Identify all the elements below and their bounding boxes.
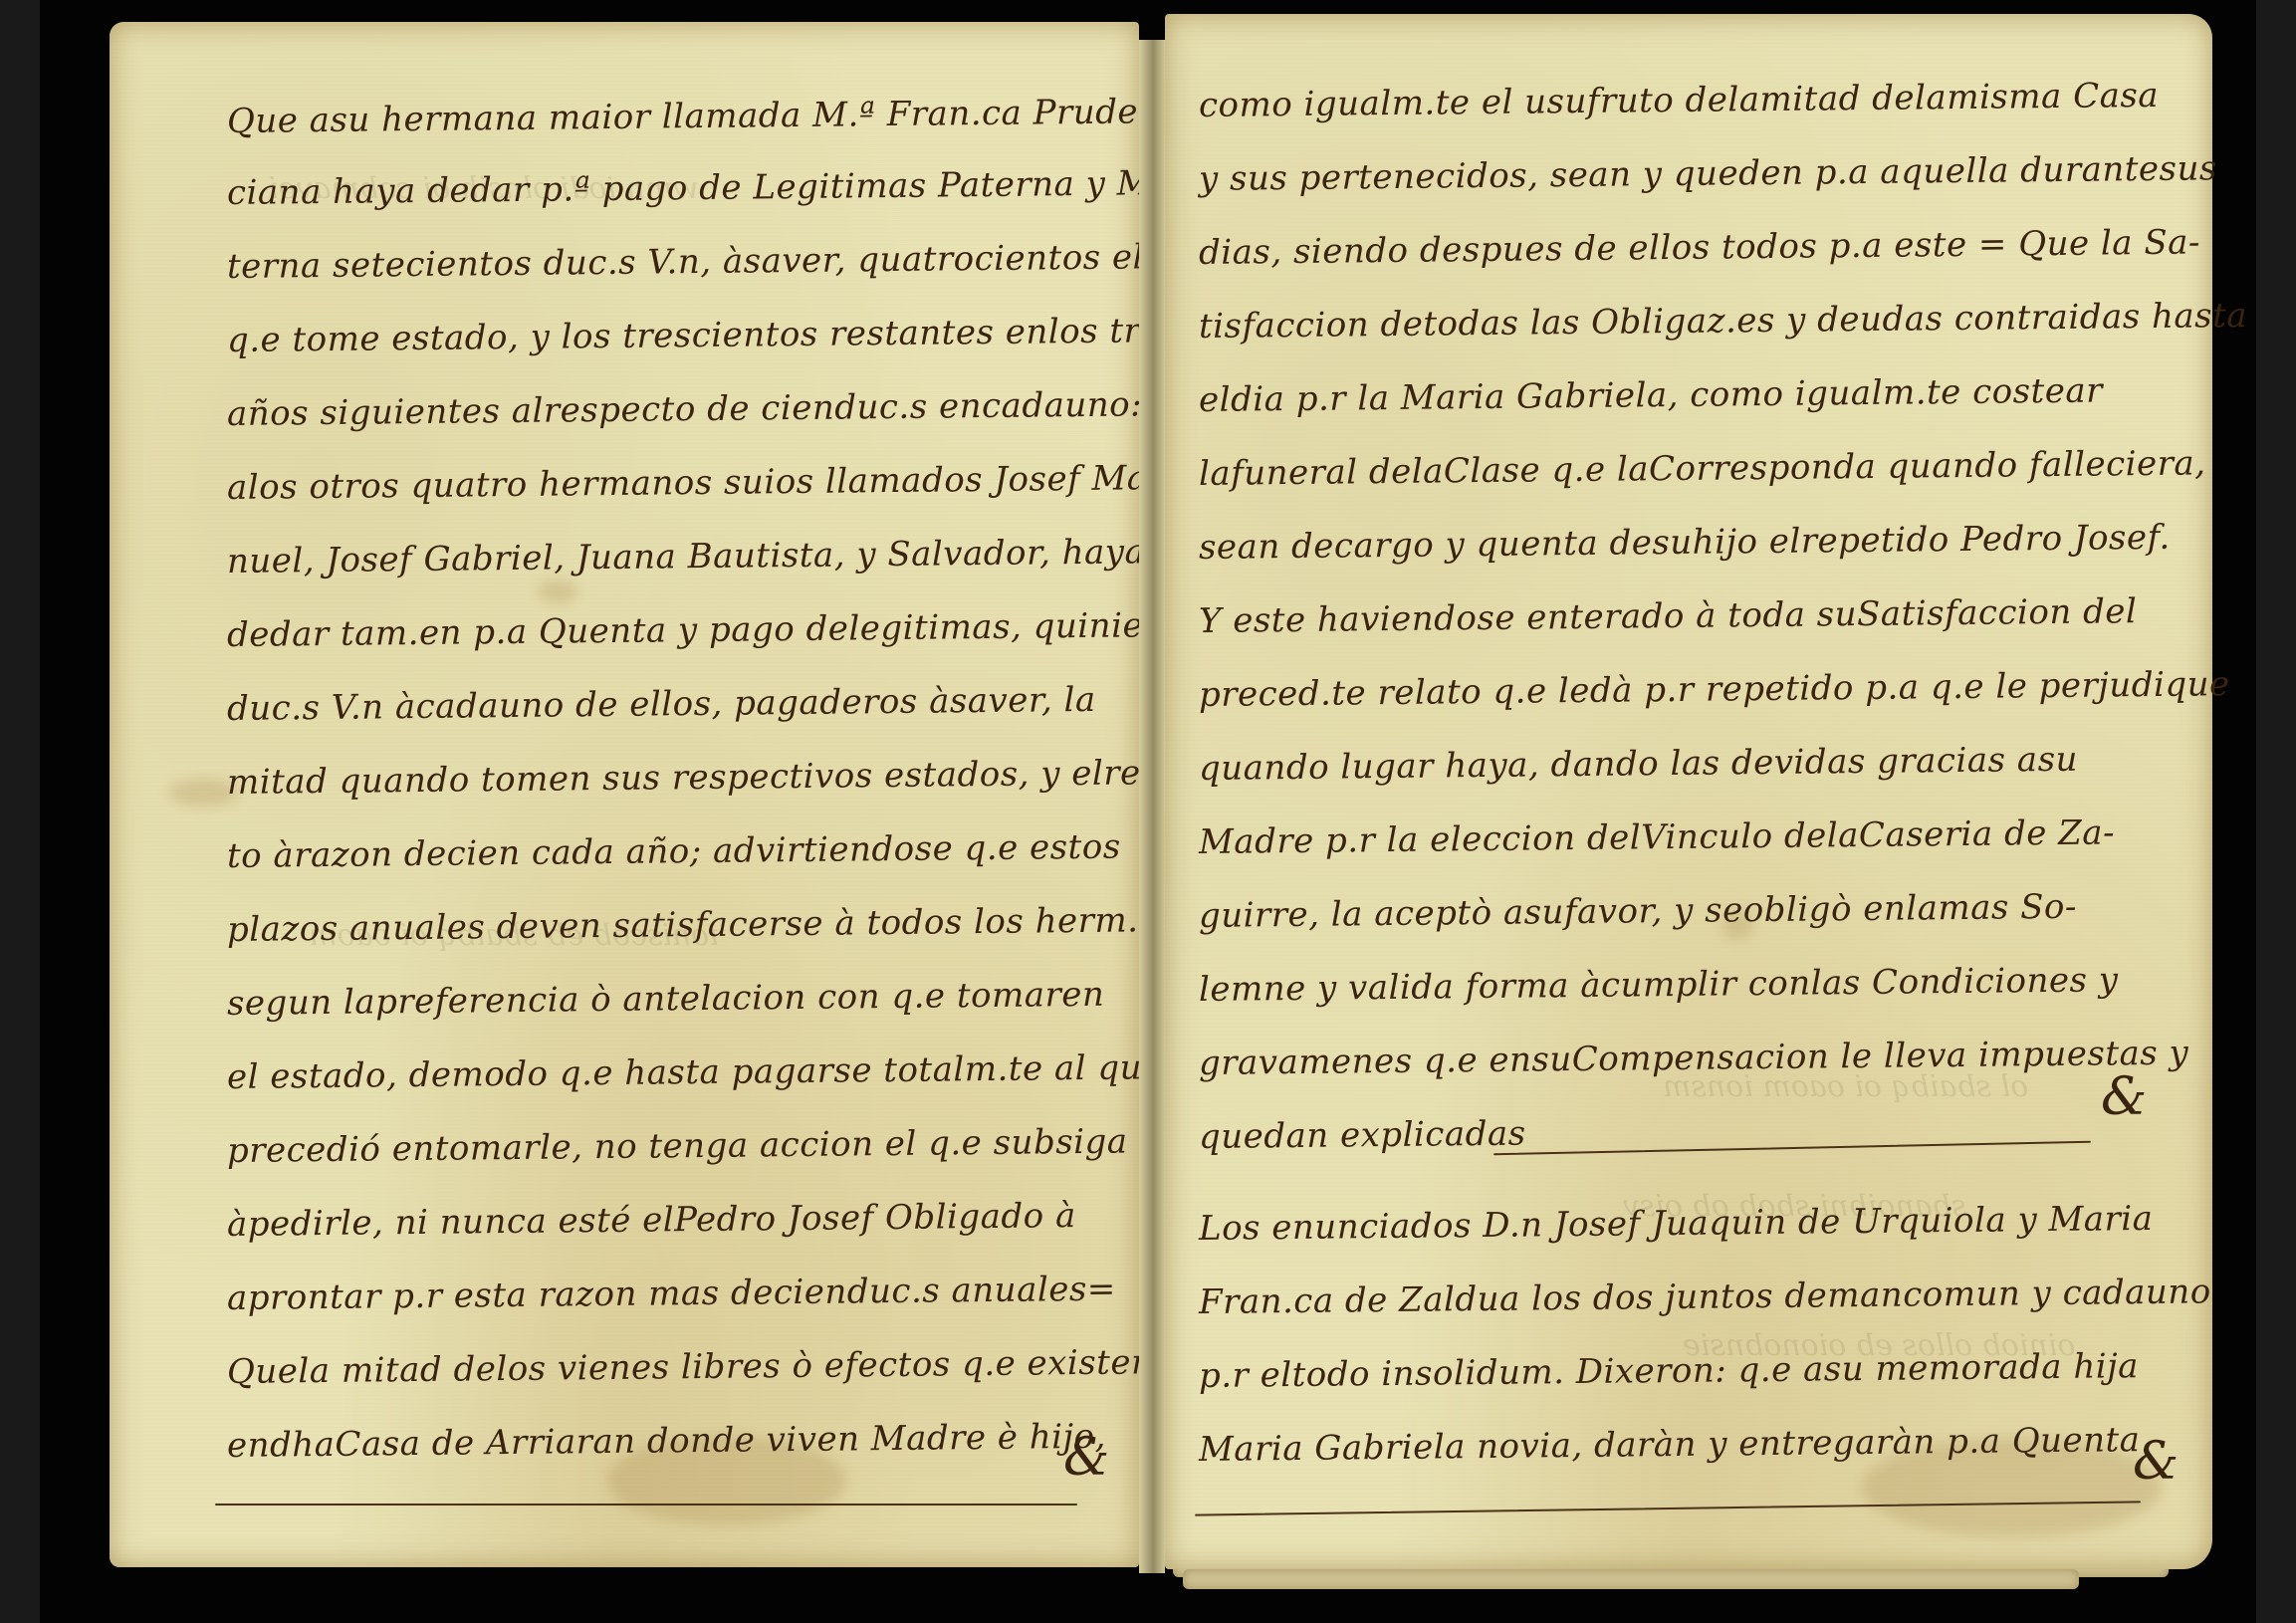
- sheet-edge: [1183, 1569, 2079, 1589]
- manuscript-line: aprontar p.r esta razon mas decienduc.s …: [227, 1270, 1116, 1318]
- manuscript-line: dedar tam.en p.a Quenta y pago delegitim…: [227, 605, 1219, 655]
- manuscript-line: terna setecientos duc.s V.n, àsaver, qua…: [227, 237, 1199, 287]
- manuscript-line: precedió entomarle, no tenga accion el q…: [227, 1122, 1128, 1171]
- manuscript-line: Madre p.r la eleccion delVinculo delaCas…: [1199, 812, 2115, 862]
- manuscript-spread: wmn iodi olnsih oi cobmavoi ioniscob eb …: [108, 10, 2214, 1603]
- book-gutter: [1139, 40, 1165, 1573]
- manuscript-line: Quela mitad delos vienes libres ò efecto…: [227, 1342, 1154, 1392]
- document-viewer: wmn iodi olnsih oi cobmavoi ioniscob eb …: [0, 0, 2296, 1623]
- manuscript-line: mitad quando tomen sus respectivos estad…: [227, 753, 1171, 803]
- manuscript-line: endhaCasa de Arriaran donde viven Madre …: [227, 1417, 1106, 1466]
- manuscript-line: el estado, demodo q.e hasta pagarse tota…: [227, 1047, 1163, 1097]
- manuscript-line: to àrazon decien cada año; advirtiendose…: [227, 827, 1121, 876]
- manuscript-line: quando lugar haya, dando las devidas gra…: [1199, 740, 2078, 789]
- manuscript-line: y sus pertenecidos, sean y queden p.a aq…: [1199, 148, 2217, 199]
- manuscript-line: guirre, la aceptò asufavor, y seobligò e…: [1199, 887, 2077, 936]
- manuscript-line: q.e tome estado, y los trescientos resta…: [227, 311, 1179, 360]
- manuscript-line: quedan explicadas: [1199, 1114, 1526, 1157]
- ampersand-flourish-icon: &: [2101, 1067, 2147, 1127]
- ampersand-flourish-icon: &: [2133, 1432, 2179, 1492]
- manuscript-line: Los enunciados D.n Josef Juaquin de Urqu…: [1199, 1199, 2154, 1249]
- manuscript-line: Y este haviendose enterado à toda suSati…: [1199, 591, 2138, 641]
- left-page: wmn iodi olnsih oi cobmavoi ioniscob eb …: [110, 22, 1139, 1567]
- manuscript-line: segun lapreferencia ò antelacion con q.e…: [227, 975, 1105, 1024]
- manuscript-line: sean decargo y quenta desuhijo elrepetid…: [1199, 518, 2171, 568]
- ampersand-flourish-icon: &: [1063, 1428, 1109, 1488]
- manuscript-line: eldia p.r la Maria Gabriela, como igualm…: [1199, 370, 2103, 420]
- manuscript-line: dias, siendo despues de ellos todos p.a …: [1199, 222, 2200, 273]
- manuscript-line: tisfaccion detodas las Obligaz.es y deud…: [1199, 296, 2247, 347]
- manuscript-line: alos otros quatro hermanos suios llamado…: [227, 458, 1160, 508]
- manuscript-line: duc.s V.n àcadauno de ellos, pagaderos à…: [227, 680, 1096, 729]
- manuscript-line: nuel, Josef Gabriel, Juana Bautista, y S…: [227, 532, 1146, 581]
- manuscript-line: lafuneral delaClase q.e laCorresponda qu…: [1199, 443, 2206, 494]
- manuscript-line: Fran.ca de Zaldua los dos juntos demanco…: [1199, 1272, 2211, 1322]
- closing-rule: [1493, 1141, 2091, 1156]
- paper-stain: [538, 580, 577, 603]
- manuscript-line: como igualm.te el usufruto delamitad del…: [1199, 76, 2160, 125]
- manuscript-line: plazos anuales deven satisfacerse à todo…: [227, 900, 1157, 950]
- manuscript-line: p.r eltodo insolidum. Dixeron: q.e asu m…: [1199, 1346, 2139, 1396]
- manuscript-line: preced.te relato q.e ledà p.r repetido p…: [1199, 664, 2230, 715]
- manuscript-line: lemne y valida forma àcumplir conlas Con…: [1199, 960, 2119, 1010]
- manuscript-line: gravamenes q.e ensuCompensacion le lleva…: [1199, 1034, 2189, 1083]
- manuscript-line: àpedirle, ni nunca esté elPedro Josef Ob…: [227, 1196, 1076, 1245]
- manuscript-line: años siguientes alrespecto de cienduc.s …: [227, 384, 1225, 434]
- right-page: ol sbaibq oi oaom ionsm sbanoibni sbob o…: [1165, 14, 2212, 1569]
- closing-rule: [215, 1504, 1077, 1506]
- manuscript-line: Que asu hermana maior llamada M.ª Fran.c…: [227, 92, 1173, 141]
